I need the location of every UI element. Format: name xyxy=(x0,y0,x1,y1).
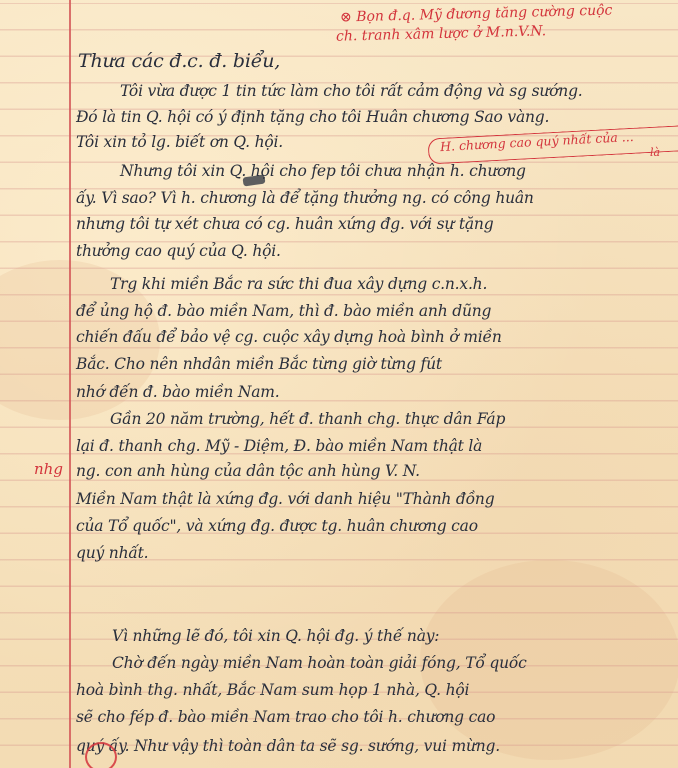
body-line: sẽ cho fép đ. bào miền Nam trao cho tôi … xyxy=(76,708,495,726)
body-line: Miền Nam thật là xứng đg. với danh hiệu … xyxy=(76,490,494,508)
body-line: Trg khi miền Bắc ra sức thi đua xây dựng… xyxy=(110,275,487,293)
letter-page: ⊗ Bọn đ.q. Mỹ đương tăng cường cuộc ch. … xyxy=(0,0,678,768)
body-line: lại đ. thanh chg. Mỹ - Diệm, Đ. bào miền… xyxy=(76,437,482,455)
body-line: Nhưng tôi xin Q. hội cho fep tôi chưa nh… xyxy=(120,162,526,180)
body-line: Gần 20 năm trường, hết đ. thanh chg. thự… xyxy=(110,410,505,428)
body-line: thưởng cao quý của Q. hội. xyxy=(76,242,281,260)
body-line: hoà bình thg. nhất, Bắc Nam sum họp 1 nh… xyxy=(76,681,469,699)
salutation: Thưa các đ.c. đ. biểu, xyxy=(78,50,280,72)
body-line: quý nhất. xyxy=(76,544,148,562)
body-line: nhưng tôi tự xét chưa có cg. huân xứng đ… xyxy=(76,215,493,233)
body-line: chiến đấu để bảo vệ cg. cuộc xây dựng ho… xyxy=(76,328,502,346)
body-line: nhớ đến đ. bào miền Nam. xyxy=(76,383,280,401)
body-line: Tôi vừa được 1 tin tức làm cho tôi rất c… xyxy=(120,82,583,100)
crossed-out-word xyxy=(242,175,265,187)
handwriting: ⊗ Bọn đ.q. Mỹ đương tăng cường cuộc ch. … xyxy=(0,0,678,768)
red-margin-note: nhg xyxy=(34,460,63,478)
red-note-top-line1: ⊗ Bọn đ.q. Mỹ đương tăng cường cuộc xyxy=(340,2,613,25)
body-line: quý ấy. Như vậy thì toàn dân ta sẽ sg. s… xyxy=(76,737,500,755)
body-line: Bắc. Cho nên nhdân miền Bắc từng giờ từn… xyxy=(76,355,442,373)
body-line: Đó là tin Q. hội có ý định tặng cho tôi … xyxy=(76,108,549,126)
body-line: ấy. Vì sao? Vì h. chương là để tặng thưở… xyxy=(76,189,534,207)
body-line: của Tổ quốc", và xứng đg. được tg. huân … xyxy=(76,517,478,535)
red-circle-mark xyxy=(85,742,117,768)
body-line: Tôi xin tỏ lg. biết ơn Q. hội. xyxy=(76,133,283,151)
red-note-top-line2: ch. tranh xâm lược ở M.n.V.N. xyxy=(336,23,546,44)
red-boxed-note-extra: là xyxy=(650,146,660,159)
body-line: ng. con anh hùng của dân tộc anh hùng V.… xyxy=(76,462,420,480)
body-line: Chờ đến ngày miền Nam hoàn toàn giải fón… xyxy=(112,654,527,672)
body-line: Vì những lẽ đó, tôi xin Q. hội đg. ý thế… xyxy=(112,627,439,645)
body-line: để ủng hộ đ. bào miền Nam, thì đ. bào mi… xyxy=(76,302,491,320)
